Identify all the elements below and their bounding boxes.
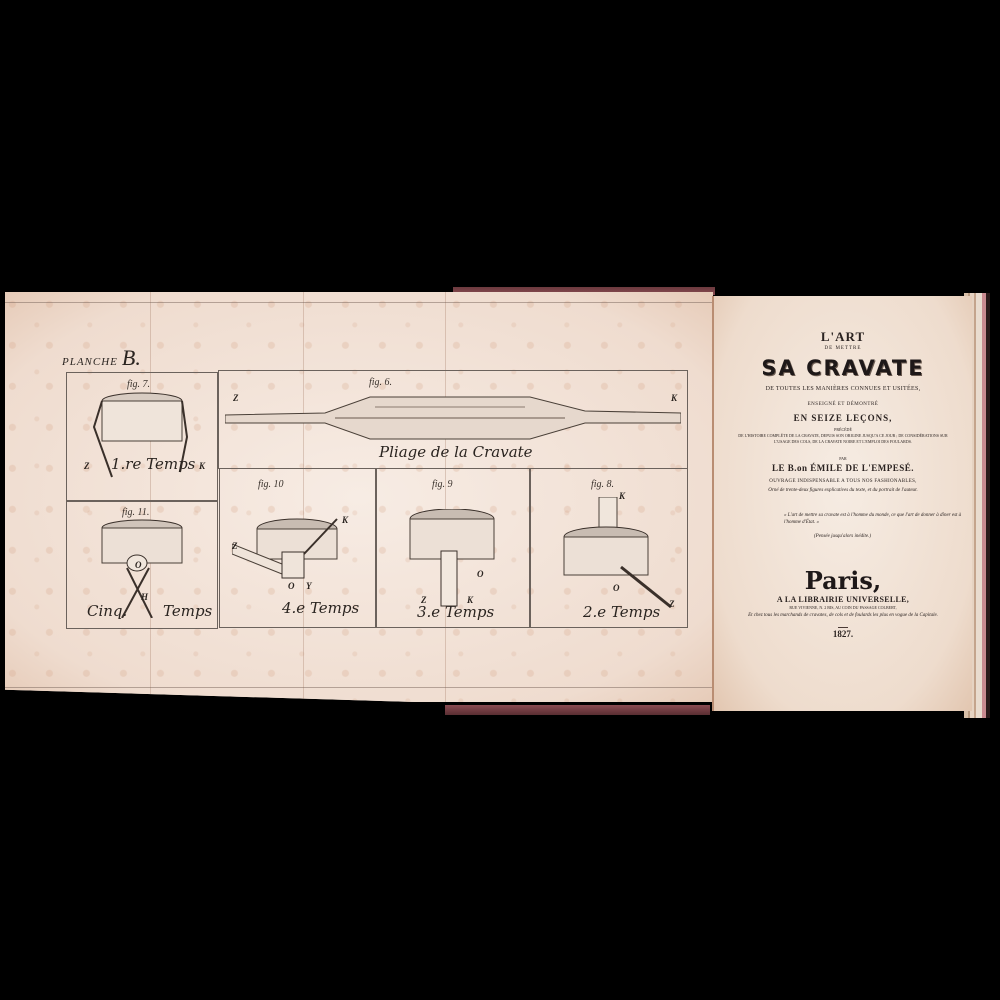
epigraph: « L'art de mettre sa cravate est à l'hom… <box>784 512 962 526</box>
title-lart: L'ART <box>714 329 972 345</box>
point-letter: K <box>199 461 205 471</box>
point-letter: Z <box>232 541 238 551</box>
fig-label: fig. 6. <box>369 377 392 388</box>
figure-caption: Pliage de la Cravate <box>379 443 533 461</box>
point-letter: H <box>141 592 148 602</box>
subtitle-precede: PRÉCÉDÉ <box>714 427 972 432</box>
point-letter: O <box>477 569 484 579</box>
figure-11-frame: fig. 11. O H Cinq. Temps <box>66 501 218 629</box>
figure-7-frame: fig. 7. Z K 1.re Temps <box>66 372 218 501</box>
divider <box>838 627 848 628</box>
planche-label: PLANCHE B. <box>62 345 141 371</box>
byline-par: PAR <box>714 456 972 461</box>
step-label: 1.re Temps <box>111 455 195 473</box>
planche-word: PLANCHE <box>62 356 118 368</box>
figure-6-frame: fig. 6. Z K Pliage de la Cravate <box>218 370 688 469</box>
title-page: L'ART DE METTRE SA CRAVATE DE TOUTES LES… <box>712 296 972 711</box>
plate-border-top <box>5 302 713 303</box>
fig-label: fig. 9 <box>432 479 453 490</box>
subtitle-seize-lecons: EN SEIZE LEÇONS, <box>714 413 972 423</box>
fig-label: fig. 11. <box>122 507 149 518</box>
step-label: 4.e Temps <box>282 599 359 617</box>
binding-bottom-edge <box>445 705 710 715</box>
point-letter: Y <box>306 581 312 591</box>
cravat-step-2-illustration <box>561 497 681 617</box>
figure-9-frame: fig. 9 O Z K 3.e Temps <box>376 468 530 628</box>
figure-10-frame: fig. 10 Z K O Y 4.e Temps <box>219 468 376 628</box>
fig-label: fig. 8. <box>591 479 614 490</box>
point-letter: K <box>619 491 625 501</box>
planche-letter: B. <box>122 345 141 370</box>
imprint-city: Paris, <box>714 566 972 595</box>
plate-border-bottom <box>5 687 713 688</box>
imprint-publisher: A LA LIBRAIRIE UNIVERSELLE, <box>714 595 972 604</box>
fig-label: fig. 10 <box>258 479 284 490</box>
point-letter: K <box>342 515 348 525</box>
title-sa-cravate: SA CRAVATE <box>714 356 972 380</box>
epigraph-source: (Pensée jusqu'alors inédite.) <box>814 534 972 539</box>
point-letter: O <box>135 560 142 570</box>
point-letter: O <box>613 583 620 593</box>
cravat-step-3-illustration <box>407 509 497 609</box>
figure-8-frame: fig. 8. K O Z 2.e Temps <box>530 468 688 628</box>
folded-cravat-illustration <box>225 393 681 443</box>
subtitle-histoire: DE L'HISTOIRE COMPLÈTE DE LA CRAVATE, DE… <box>714 433 972 445</box>
subtitle-toutes: DE TOUTES LES MANIÈRES CONNUES ET USITÉE… <box>714 386 972 392</box>
point-letter: Z <box>84 461 90 471</box>
step-label-right: Temps <box>163 602 212 620</box>
title-de-mettre: DE METTRE <box>714 346 972 351</box>
subtitle-enseigne: ENSEIGNÉ ET DÉMONTRÉ <box>714 402 972 407</box>
point-letter: Z <box>669 599 675 609</box>
point-letter: O <box>288 581 295 591</box>
step-label: 3.e Temps <box>417 603 494 621</box>
description-orne: Orné de trente-deux figures explicatives… <box>714 487 972 494</box>
description-ouvrage: OUVRAGE INDISPENSABLE A TOUS NOS FASHION… <box>714 479 972 484</box>
imprint-year: 1827. <box>714 629 972 639</box>
imprint-sellers: Et chez tous les marchands de cravates, … <box>714 612 972 619</box>
step-label-left: Cinq. <box>87 602 127 620</box>
imprint-address: RUE VIVIENNE, N. 2 BIS, AU COIN DU PASSA… <box>714 605 972 610</box>
step-label: 2.e Temps <box>583 603 660 621</box>
author-name: LE B.on ÉMILE DE L'EMPESÉ. <box>714 463 972 473</box>
cravat-step-4-illustration <box>232 514 372 594</box>
